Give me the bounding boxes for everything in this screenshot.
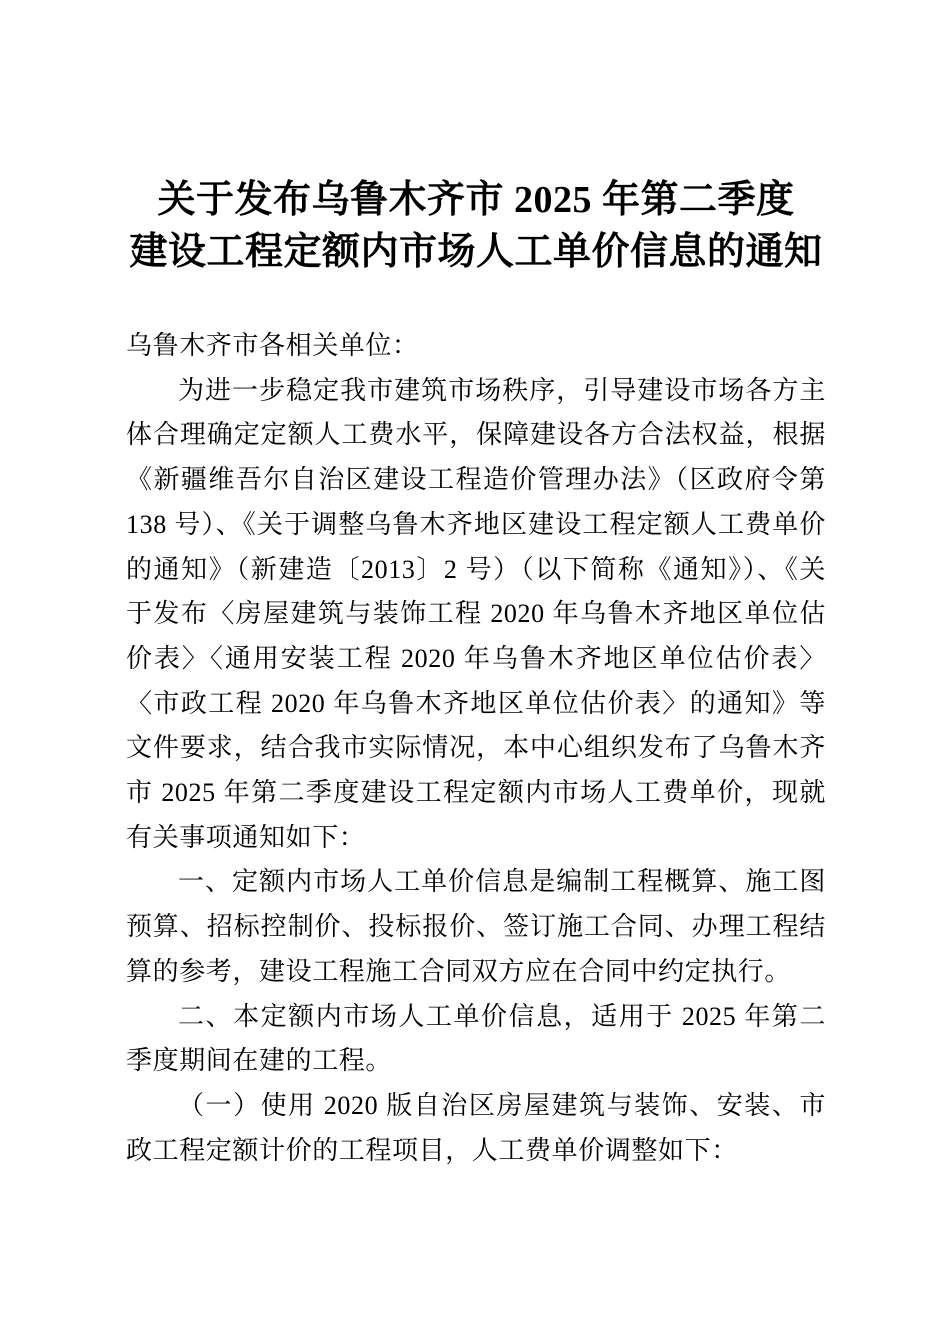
paragraph-item-2: 二、本定额内市场人工单价信息，适用于 2025 年第二季度期间在建的工程。 xyxy=(126,995,826,1084)
paragraph-intro: 为进一步稳定我市建筑市场秩序，引导建设市场各方主体合理确定定额人工费水平，保障建… xyxy=(126,369,826,861)
document-title-line-2: 建设工程定额内市场人工单价信息的通知 xyxy=(126,226,826,278)
document-content: 关于发布乌鲁木齐市 2025 年第二季度 建设工程定额内市场人工单价信息的通知 … xyxy=(126,0,826,1173)
document-body: 乌鲁木齐市各相关单位： 为进一步稳定我市建筑市场秩序，引导建设市场各方主体合理确… xyxy=(126,324,826,1173)
paragraph-item-1: 一、定额内市场人工单价信息是编制工程概算、施工图预算、招标控制价、投标报价、签订… xyxy=(126,860,826,994)
document-title-line-1: 关于发布乌鲁木齐市 2025 年第二季度 xyxy=(126,174,826,226)
paragraph-sub-item-1: （一）使用 2020 版自治区房屋建筑与装饰、安装、市政工程定额计价的工程项目，… xyxy=(126,1084,826,1173)
salutation-line: 乌鲁木齐市各相关单位： xyxy=(126,324,826,369)
document-title: 关于发布乌鲁木齐市 2025 年第二季度 建设工程定额内市场人工单价信息的通知 xyxy=(126,174,826,278)
document-page: 关于发布乌鲁木齐市 2025 年第二季度 建设工程定额内市场人工单价信息的通知 … xyxy=(0,0,950,1344)
